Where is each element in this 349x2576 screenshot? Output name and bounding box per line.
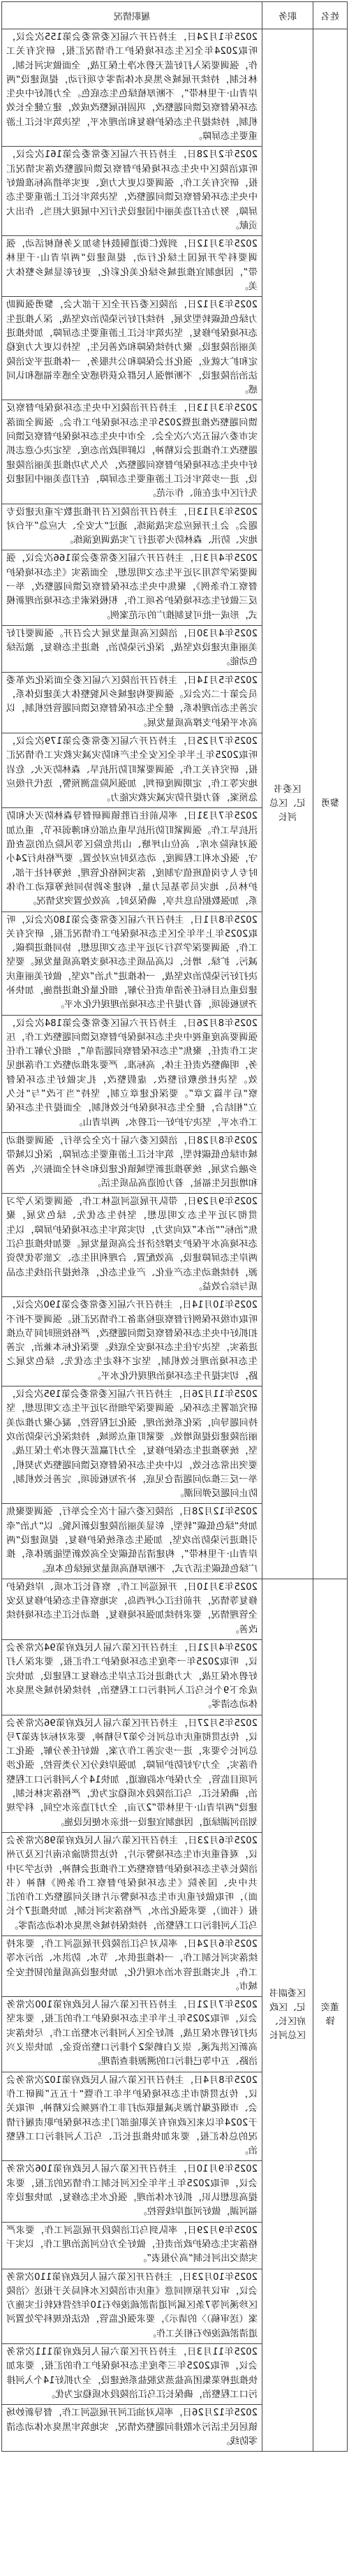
duty-record: 2025年7月25日，主持召开六届区委常委会第179次会议，听取2025年上半年… bbox=[2, 733, 262, 807]
duty-record: 2025年3月12日，到敦仁街道铜鼓村参加义务植树活动，强调要科学开展国土绿化行… bbox=[2, 236, 262, 297]
table-row: 董奕锋区委副书记、区政府区长、区总河长2025年3月10日，开展巡河工作，察看长… bbox=[2, 1579, 348, 1639]
header-duty: 履职情况 bbox=[2, 2, 262, 29]
duty-record: 2025年3月10日，开展巡河工作，察看长江水质、岸线保护修复等情况，并前往江心… bbox=[2, 1579, 262, 1639]
duty-record: 2025年9月29日，率队到乌江涪陵段开展巡河工作，要求严格落实生态保护政治责任… bbox=[2, 2222, 262, 2269]
duty-record: 2025年6月23日，主持召开区第六届人民政府第98次常务会议，观看重庆市生态环… bbox=[2, 1832, 262, 1935]
duty-record: 2025年7月21日，主持召开区第六届人民政府第100次常务会议，听取2025年… bbox=[2, 1997, 262, 2072]
duty-record: 2025年3月13日，主持召开涪陵区召开推进数字重庆建设专题会。会上开展应急实战… bbox=[2, 504, 262, 550]
duty-record: 2025年11月3日，主持召开区第六届人民政府第111次常务会议，听取2025年… bbox=[2, 2344, 262, 2405]
duty-record: 2025年4月21日，主持召开区第六届人民政府第94次常务会议，听取2025年一… bbox=[2, 1640, 262, 1715]
person-position: 区委书记、区总河长 bbox=[262, 29, 313, 1579]
duty-record: 2025年4月30日，涪陵区高质量发展大会召开。强调要打好美丽重庆建设攻坚战，深… bbox=[2, 625, 262, 672]
duty-record: 2025年11月26日，主持召开六届区委常委会第195次会议，研究部署生态环保。… bbox=[2, 1386, 262, 1504]
duty-record: 2025年8月4日，主持召开区第六届人民政府第102次常务会议，传达贯彻市生态环… bbox=[2, 2072, 262, 2161]
table-body: 黎勇区委书记、区总河长2025年1月24日，主持召开六届区委常委会第155次会议… bbox=[2, 29, 348, 2452]
duty-record: 2025年12月26日，率队对油江河开展巡河工作，督导新妙场镇居民生活污水散排问… bbox=[2, 2405, 262, 2452]
duty-record: 2025年9月29日，带队开展巡河巡林工作，强调要深入学习贯彻习近平生态文明思想… bbox=[2, 1194, 262, 1297]
duty-record: 2025年5月14日，主持召开涪陵区六届区委全面深化改革委员会第十二次会议。强调… bbox=[2, 672, 262, 733]
duty-record: 2025年3月13日，主持召开涪陵区中央生态环境保护督察反馈问题整改推进暨202… bbox=[2, 400, 262, 504]
duty-record: 2025年8月26日，主持召开六届区委常委会第184次会议，强调要高度重视中央生… bbox=[2, 1015, 262, 1132]
person-position: 区委副书记、区政府区长、区总河长 bbox=[262, 1579, 313, 2451]
duty-record: 2025年10月23日，主持召开区第六届人民政府第110次常务会议，审议并原则同… bbox=[2, 2269, 262, 2343]
duty-record: 2025年4月3日，主持召开六届区委常委会第166次会议，强调要深学笃用习近平生… bbox=[2, 550, 262, 625]
duty-record: 2025年3月12日，涪陵区委召开全区干部大会，黎勇强调助力绿色低碳转型发展，持… bbox=[2, 297, 262, 400]
duty-record: 2025年2月28日，主持召开六届区委常委会第161次会议，听取涪陵区中央生态环… bbox=[2, 147, 262, 236]
duty-record: 2025年6月24日，率队对乌江涪陵段开展巡河工作，要求持续落实河长制工作，一体… bbox=[2, 1936, 262, 1997]
duty-record: 2025年5月27日，主持召开区第六届人民政府第96次常务会议，传达贯彻重庆市总… bbox=[2, 1715, 262, 1832]
duty-record: 2025年10月14日，主持召开六届区委常委会第190次会议，听取市级环保例行督… bbox=[2, 1297, 262, 1386]
person-name: 黎勇 bbox=[313, 29, 348, 1579]
header-name: 姓名 bbox=[313, 2, 348, 29]
person-name: 董奕锋 bbox=[313, 1579, 348, 2451]
header-position: 职务 bbox=[262, 2, 313, 29]
table-header-row: 姓名 职务 履职情况 bbox=[2, 2, 348, 29]
duty-record: 2025年8月28日，涪陵区委六届十次全会举行，强调要推动城市绿色低碳转型，筑牢… bbox=[2, 1132, 262, 1193]
duty-performance-table: 姓名 职务 履职情况 黎勇区委书记、区总河长2025年1月24日，主持召开六届区… bbox=[1, 1, 348, 2452]
duty-record: 2025年8月1日，主持召开六届区委常委会第180次会议，听取2025年上半年全… bbox=[2, 912, 262, 1015]
duty-record: 2025年1月24日，主持召开六届区委常委会第155次会议，听取2024年全区生… bbox=[2, 29, 262, 147]
duty-record: 2025年12月28日，涪陵区委六届十次全会举行，强调要聚焦加快“绿色低碳”转型… bbox=[2, 1504, 262, 1579]
mirrored-document: 姓名 职务 履职情况 黎勇区委书记、区总河长2025年1月24日，主持召开六届区… bbox=[0, 1, 349, 2452]
duty-record: 2025年9月10日，主持召开区第六届人民政府第106次常务会议，听取2025年… bbox=[2, 2161, 262, 2222]
duty-record: 2025年7月31日，率队前往百胜镇调研督导森林防灭火和防汛抗旱工作。强调紧盯防… bbox=[2, 808, 262, 912]
table-row: 黎勇区委书记、区总河长2025年1月24日，主持召开六届区委常委会第155次会议… bbox=[2, 29, 348, 147]
